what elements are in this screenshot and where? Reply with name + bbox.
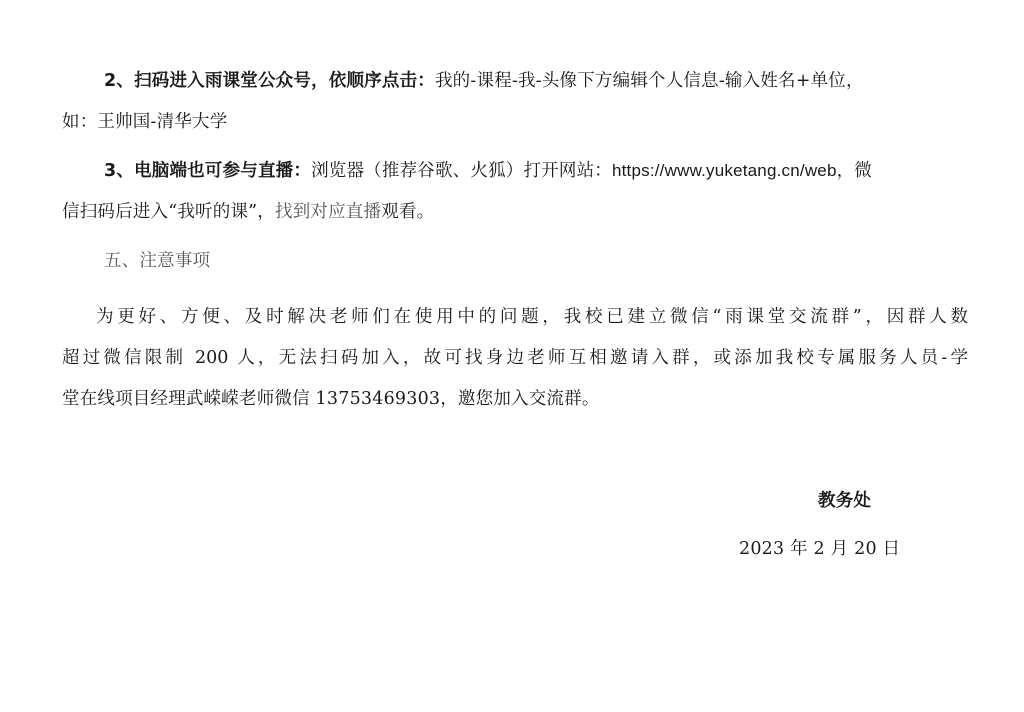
item3-line2: 信扫码后进入“我听的课”，找到对应直播观看。 [62, 200, 434, 224]
item3-line2-pre: 信扫码后进入“我听的课”， [62, 202, 275, 222]
item2-label: 2、扫码进入雨课堂公众号，依顺序点击： [104, 71, 435, 91]
signature-org: 教务处 [818, 489, 871, 513]
section5-para-line1: 为更好、方便、及时解决老师们在使用中的问题，我校已建立微信“雨课堂交流群”，因群… [96, 305, 968, 329]
item2-line2: 如：王帅国-清华大学 [62, 110, 227, 134]
item3-text-post: ，微 [837, 161, 872, 181]
item3-label: 3、电脑端也可参与直播： [104, 161, 311, 181]
document-page: 2、扫码进入雨课堂公众号，依顺序点击：我的-课程-我-头像下方编辑个人信息-输入… [0, 0, 1024, 712]
item3-line1: 3、电脑端也可参与直播：浏览器（推荐谷歌、火狐）打开网站：https://www… [104, 159, 872, 183]
section5-para-line3: 堂在线项目经理武嵘嵘老师微信 13753469303，邀您加入交流群。 [62, 387, 600, 411]
item3-text-pre: 浏览器（推荐谷歌、火狐）打开网站： [311, 161, 612, 181]
item2-text-line1: 我的-课程-我-头像下方编辑个人信息-输入姓名+单位， [435, 71, 864, 91]
signature-date: 2023 年 2 月 20 日 [739, 537, 900, 561]
section5-heading: 五、注意事项 [104, 249, 210, 273]
section5-para-line2: 超过微信限制 200 人，无法扫码加入，故可找身边老师互相邀请入群，或添加我校专… [62, 346, 968, 370]
item3-line2-gray: 找到对应直播 [275, 202, 381, 222]
item3-line2-post: 观看。 [381, 202, 434, 222]
website-link[interactable]: https://www.yuketang.cn/web [612, 161, 837, 180]
item2-line1: 2、扫码进入雨课堂公众号，依顺序点击：我的-课程-我-头像下方编辑个人信息-输入… [104, 69, 864, 93]
